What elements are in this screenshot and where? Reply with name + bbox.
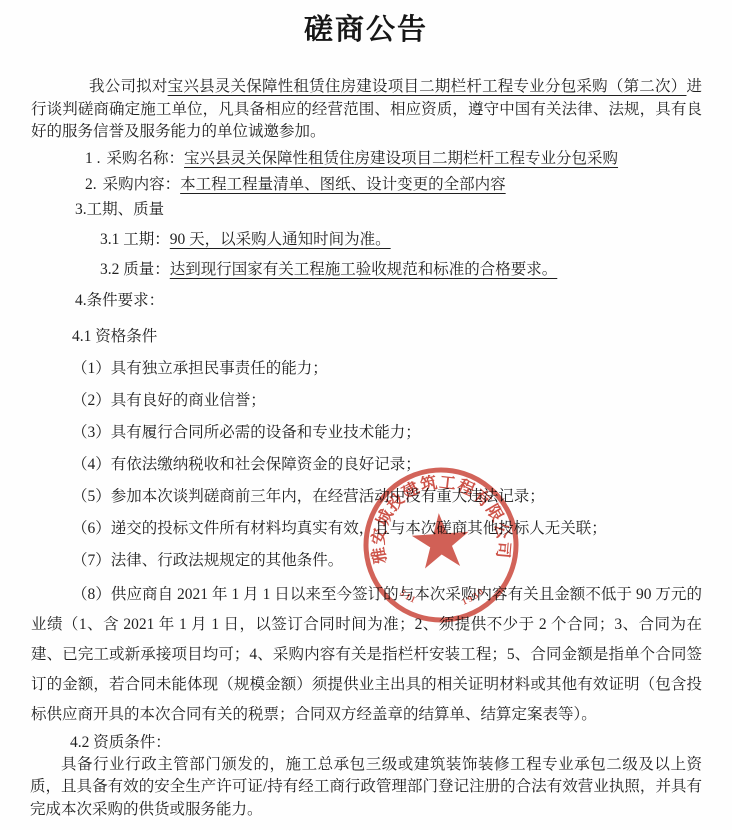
page-title: 磋商公告 [0, 14, 732, 46]
condition-5: （5）参加本次谈判磋商前三年内，在经营活动中没有重大违法记录； [72, 486, 702, 508]
condition-1: （1）具有独立承担民事责任的能力； [72, 358, 702, 380]
section4-2-body: 具备行业行政主管部门颁发的，施工总承包三级或建筑装饰装修工程专业承包二级及以上资… [30, 754, 702, 821]
condition-2: （2）具有良好的商业信誉； [72, 390, 702, 412]
section4-2-heading: 4.2 资质条件： [70, 732, 702, 754]
condition-4: （4）有依法缴纳税收和社会保障资金的良好记录； [72, 454, 702, 476]
s32-label: 3.2 质量： [100, 261, 170, 278]
item-purchase-name: 1 .采购名称：宝兴县灵关保障性租赁住房建设项目二期栏杆工程专业分包采购 [85, 147, 702, 170]
announcement-page: 磋商公告 我公司拟对宝兴县灵关保障性租赁住房建设项目二期栏杆工程专业分包采购（第… [0, 0, 732, 830]
condition-8-paragraph: （8）供应商自 2021 年 1 月 1 日以来至今签订的与本次采购内容有关且金… [31, 580, 702, 730]
section3-heading: 3.工期、质量 [75, 198, 702, 221]
s31-value: 90 天，以采购人通知时间为准。 [170, 231, 391, 248]
item2-label: 采购内容： [103, 176, 181, 193]
intro-paragraph: 我公司拟对宝兴县灵关保障性租赁住房建设项目二期栏杆工程专业分包采购（第二次）进行… [31, 76, 702, 144]
item1-label: 采购名称： [107, 150, 185, 167]
section3-1-duration: 3.1 工期：90 天，以采购人通知时间为准。 [100, 229, 702, 251]
item1-number: 1 . [85, 150, 101, 167]
s32-value: 达到现行国家有关工程施工验收规范和标准的合格要求。 [170, 261, 558, 278]
condition-7: （7）法律、行政法规规定的其他条件。 [72, 550, 702, 572]
item2-number: 2. [85, 176, 97, 193]
project-name-underlined: 宝兴县灵关保障性租赁住房建设项目二期栏杆工程专业分包采购（第二次） [168, 78, 687, 95]
s31-label: 3.1 工期： [100, 231, 170, 248]
section4-heading: 4.条件要求： [75, 289, 702, 312]
condition-6: （6）递交的投标文件所有材料均真实有效，且与本次磋商其他投标人无关联； [72, 518, 702, 540]
item2-value: 本工程工程量清单、图纸、设计变更的全部内容 [180, 176, 506, 193]
item1-value: 宝兴县灵关保障性租赁住房建设项目二期栏杆工程专业分包采购 [184, 150, 618, 167]
item-purchase-content: 2.采购内容：本工程工程量清单、图纸、设计变更的全部内容 [85, 173, 702, 196]
section4-1-heading: 4.1 资格条件 [72, 326, 702, 348]
section3-2-quality: 3.2 质量：达到现行国家有关工程施工验收规范和标准的合格要求。 [100, 259, 702, 281]
condition-3: （3）具有履行合同所必需的设备和专业技术能力； [72, 422, 702, 444]
intro-lead: 我公司拟对 [89, 78, 168, 95]
